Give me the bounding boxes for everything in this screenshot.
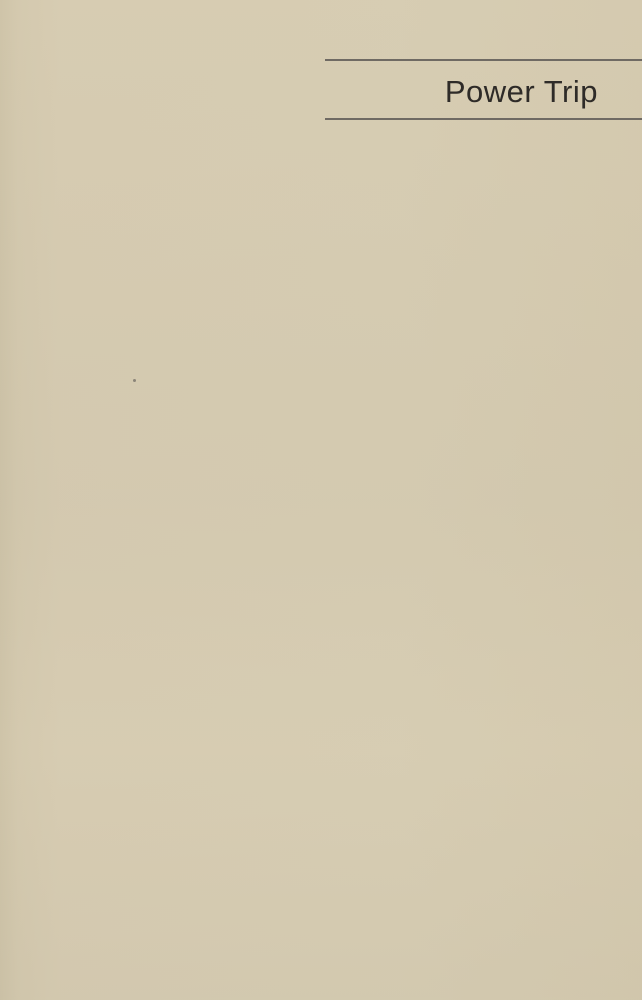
top-rule bbox=[325, 59, 642, 61]
book-page: Power Trip bbox=[0, 0, 642, 1000]
bottom-rule bbox=[325, 118, 642, 120]
paper-speck bbox=[133, 379, 136, 382]
half-title-block: Power Trip bbox=[325, 59, 642, 121]
book-title: Power Trip bbox=[445, 74, 598, 110]
